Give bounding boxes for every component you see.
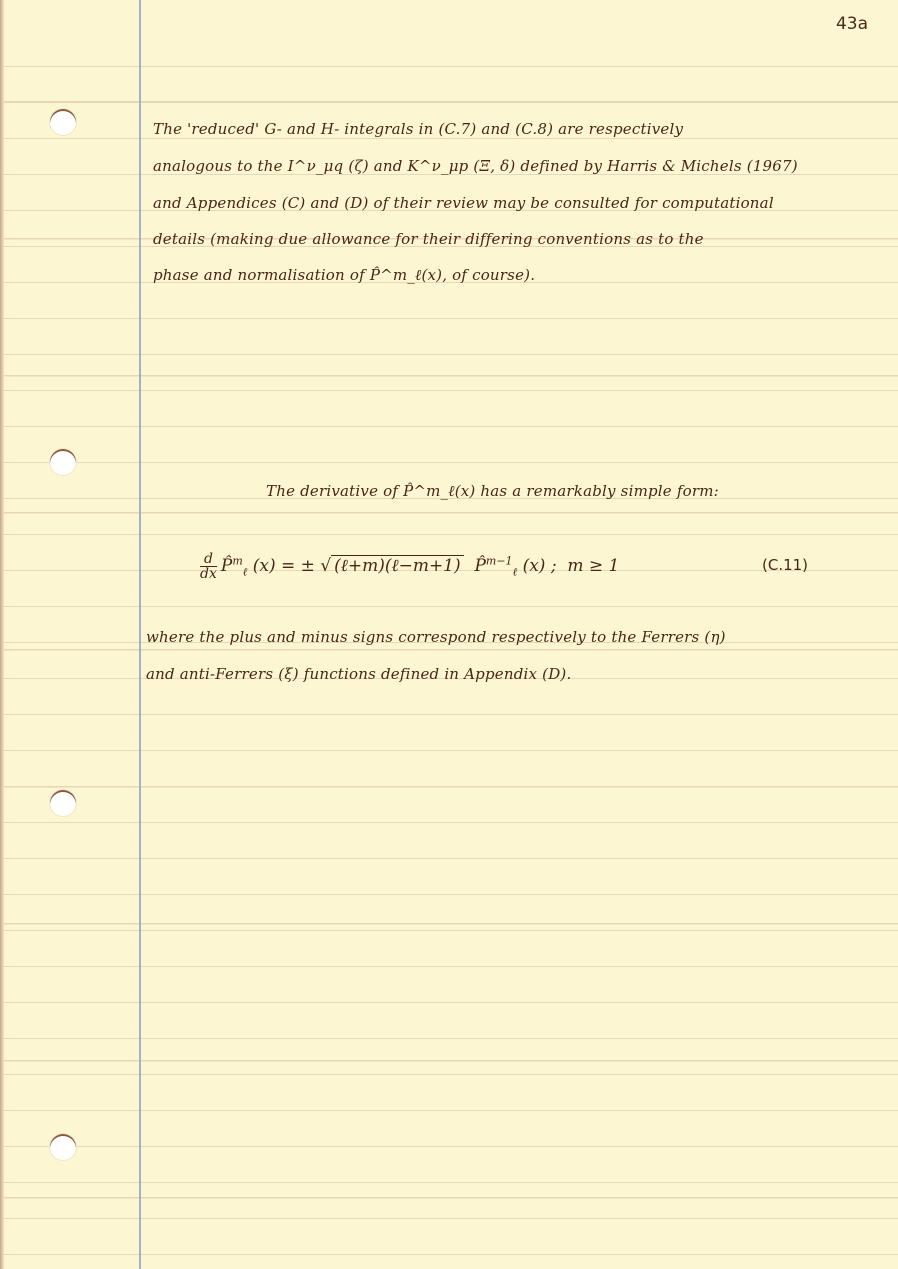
text-line: analogous to the I^ν_μq (ζ) and K^ν_μp (… [153, 157, 798, 175]
punch-hole [50, 449, 76, 475]
text-line: and Appendices (C) and (D) of their revi… [153, 194, 774, 212]
text-line: The 'reduced' G- and H- integrals in (C.… [153, 120, 683, 138]
punch-hole [50, 1134, 76, 1160]
derivative-intro: The derivative of P̂^m_ℓ(x) has a remark… [266, 482, 719, 501]
punch-hole [50, 790, 76, 816]
equation-label: (C.11) [762, 556, 808, 574]
paper-edge [0, 0, 4, 1269]
equation-c11: d dx P̂mℓ (x) = ± √(ℓ+m)(ℓ−m+1) P̂m−1ℓ (… [200, 552, 619, 581]
punch-hole [50, 109, 76, 135]
text-line: details (making due allowance for their … [153, 230, 704, 248]
text-line: and anti-Ferrers (ξ) functions defined i… [146, 665, 571, 683]
derivative-fraction: d dx [200, 552, 217, 581]
margin-line [139, 0, 141, 1269]
text-line: where the plus and minus signs correspon… [146, 628, 726, 646]
page-number: 43a [836, 14, 868, 34]
text-line: phase and normalisation of P̂^m_ℓ(x), of… [153, 266, 535, 285]
sqrt-icon: √ [320, 556, 331, 576]
